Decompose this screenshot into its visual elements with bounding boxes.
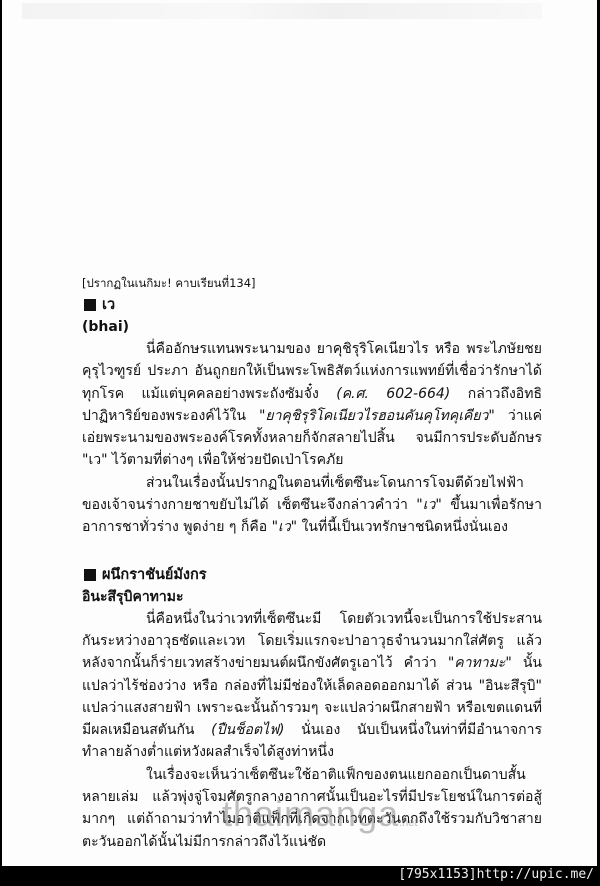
square-bullet-icon (84, 569, 96, 581)
scanned-page: [ปรากฏในเนกิมะ! คาบเรียนที่134] เว (bhai… (2, 0, 597, 866)
section-title: เว (102, 294, 115, 316)
section-subtitle: อินะสึรุบิคาทามะ (82, 586, 542, 608)
paragraph: นี่คือหนึ่งในว่าเวทที่เซ็ตซึนะมี โดยตัวเ… (82, 608, 542, 764)
section-heading-wei: เว (82, 294, 542, 316)
square-bullet-icon (84, 299, 96, 311)
section-title: ผนึกราชันย์มังกร (102, 564, 207, 586)
section-heading-dragon-seal: ผนึกราชันย์มังกร (82, 564, 542, 586)
paragraph: นี่คืออักษรแทนพระนามของ ยาคุชิรุริโคเนีย… (82, 338, 542, 472)
source-note: [ปรากฏในเนกิมะ! คาบเรียนที่134] (82, 274, 542, 292)
page-content: [ปรากฏในเนกิมะ! คาบเรียนที่134] เว (bhai… (82, 274, 542, 853)
paragraph: ส่วนในเรื่องนั้นปรากฏในตอนที่เซ็ตซึนะโดน… (82, 472, 542, 539)
section-subtitle: (bhai) (82, 316, 542, 338)
scan-artifact (22, 3, 542, 19)
image-host-footer: [795x1153]http://upic.me/ (398, 866, 594, 884)
paragraph: ในเรื่องจะเห็นว่าเซ็ตซึนะใช้อาติแฟ็กของต… (82, 764, 542, 853)
